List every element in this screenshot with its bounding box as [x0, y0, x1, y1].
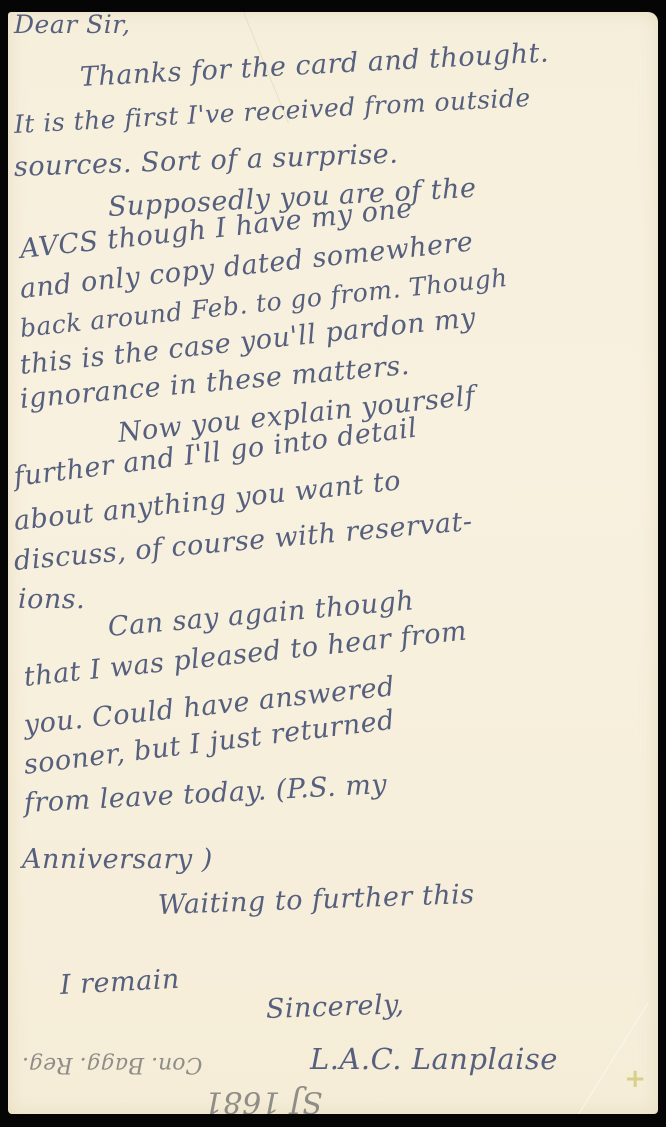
body-line: Waiting to further this: [157, 879, 475, 921]
pencil-note-serial: SJ 1681: [204, 1084, 322, 1114]
closing-sincerely: Sincerely,: [265, 989, 404, 1025]
body-line: ions.: [18, 584, 85, 615]
pencil-note-baggage: Con. Bagg. Reg.: [22, 1052, 202, 1077]
salutation: Dear Sir,: [14, 12, 130, 39]
postcard: Dear Sir, Thanks for the card and though…: [8, 12, 658, 1114]
body-line: from leave today. (P.S. my: [23, 769, 388, 819]
body-line: Anniversary ): [22, 844, 213, 875]
signature: L.A.C. Lanplaise: [310, 1042, 558, 1076]
paper-crease: [574, 1002, 649, 1114]
corner-plus-mark: +: [624, 1064, 646, 1094]
closing-remain: I remain: [59, 964, 180, 1001]
body-line: sources. Sort of a surprise.: [13, 139, 398, 183]
